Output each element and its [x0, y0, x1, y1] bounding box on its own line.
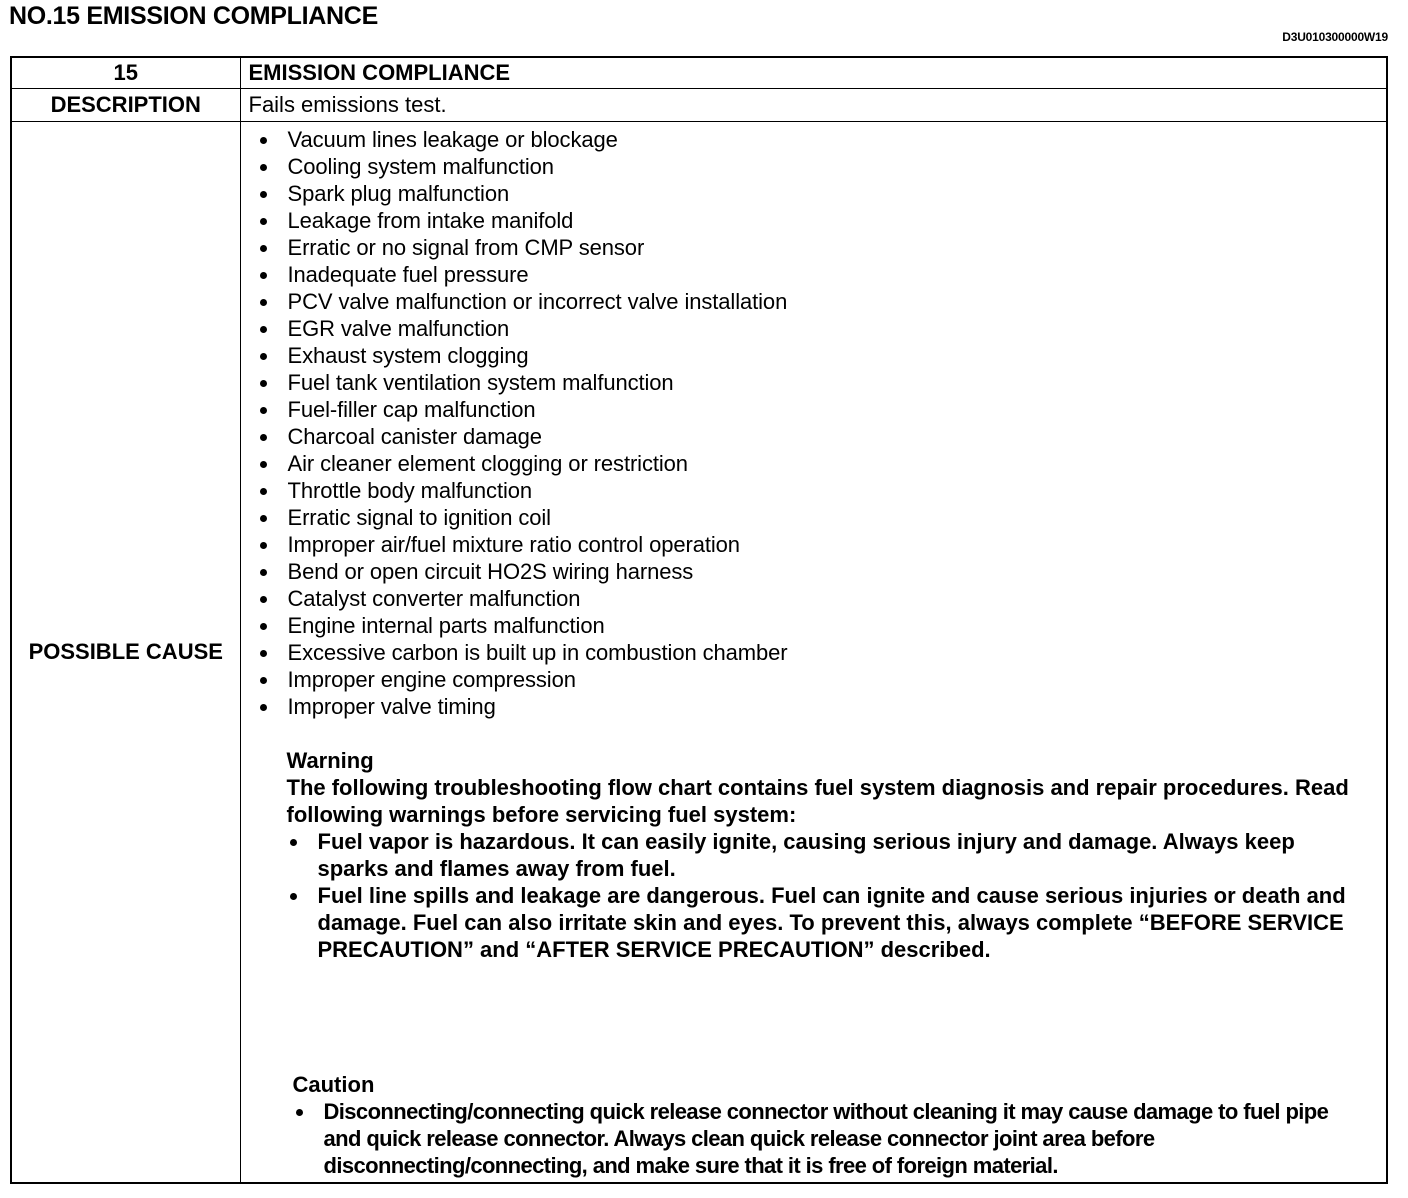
caution-title: Caution	[293, 1071, 1367, 1098]
symptom-name: EMISSION COMPLIANCE	[240, 57, 1387, 89]
cause-item: Excessive carbon is built up in combusti…	[257, 639, 1387, 666]
cause-item: EGR valve malfunction	[257, 315, 1387, 342]
cause-item: Vacuum lines leakage or blockage	[257, 126, 1387, 153]
cause-item: Charcoal canister damage	[257, 423, 1387, 450]
caution-list: Disconnecting/connecting quick release c…	[293, 1098, 1367, 1179]
table-header-row: 15 EMISSION COMPLIANCE	[11, 57, 1387, 89]
caution-item: Disconnecting/connecting quick release c…	[293, 1098, 1367, 1179]
cause-item: Engine internal parts malfunction	[257, 612, 1387, 639]
possible-cause-row: POSSIBLE CAUSE Vacuum lines leakage or b…	[11, 122, 1387, 1184]
description-label: DESCRIPTION	[11, 89, 240, 122]
cause-item: Cooling system malfunction	[257, 153, 1387, 180]
possible-cause-label: POSSIBLE CAUSE	[11, 122, 240, 1184]
description-row: DESCRIPTION Fails emissions test.	[11, 89, 1387, 122]
cause-item: Spark plug malfunction	[257, 180, 1387, 207]
cause-item: Erratic signal to ignition coil	[257, 504, 1387, 531]
warning-notice: Warning The following troubleshooting fl…	[287, 747, 1367, 963]
description-value: Fails emissions test.	[240, 89, 1387, 122]
cause-item: PCV valve malfunction or incorrect valve…	[257, 288, 1387, 315]
cause-item: Bend or open circuit HO2S wiring harness	[257, 558, 1387, 585]
cause-item: Throttle body malfunction	[257, 477, 1387, 504]
cause-item: Fuel tank ventilation system malfunction	[257, 369, 1387, 396]
warning-body: The following troubleshooting flow chart…	[287, 774, 1367, 828]
cause-item: Leakage from intake manifold	[257, 207, 1387, 234]
cause-item: Fuel-filler cap malfunction	[257, 396, 1387, 423]
cause-item: Exhaust system clogging	[257, 342, 1387, 369]
cause-item: Erratic or no signal from CMP sensor	[257, 234, 1387, 261]
warning-item: Fuel line spills and leakage are dangero…	[287, 882, 1367, 963]
cause-item: Air cleaner element clogging or restrict…	[257, 450, 1387, 477]
cause-item: Improper air/fuel mixture ratio control …	[257, 531, 1387, 558]
page-title: NO.15 EMISSION COMPLIANCE	[9, 2, 378, 31]
document-code: D3U010300000W19	[1282, 30, 1388, 44]
cause-item: Improper valve timing	[257, 693, 1387, 720]
possible-cause-content: Vacuum lines leakage or blockageCooling …	[240, 122, 1387, 1184]
emission-compliance-table: 15 EMISSION COMPLIANCE DESCRIPTION Fails…	[10, 56, 1388, 1184]
cause-item: Improper engine compression	[257, 666, 1387, 693]
symptom-number: 15	[11, 57, 240, 89]
caution-notice: Caution Disconnecting/connecting quick r…	[293, 1071, 1367, 1179]
cause-item: Catalyst converter malfunction	[257, 585, 1387, 612]
warning-item: Fuel vapor is hazardous. It can easily i…	[287, 828, 1367, 882]
cause-list: Vacuum lines leakage or blockageCooling …	[241, 126, 1387, 720]
warning-list: Fuel vapor is hazardous. It can easily i…	[287, 828, 1367, 963]
cause-item: Inadequate fuel pressure	[257, 261, 1387, 288]
warning-title: Warning	[287, 747, 1367, 774]
